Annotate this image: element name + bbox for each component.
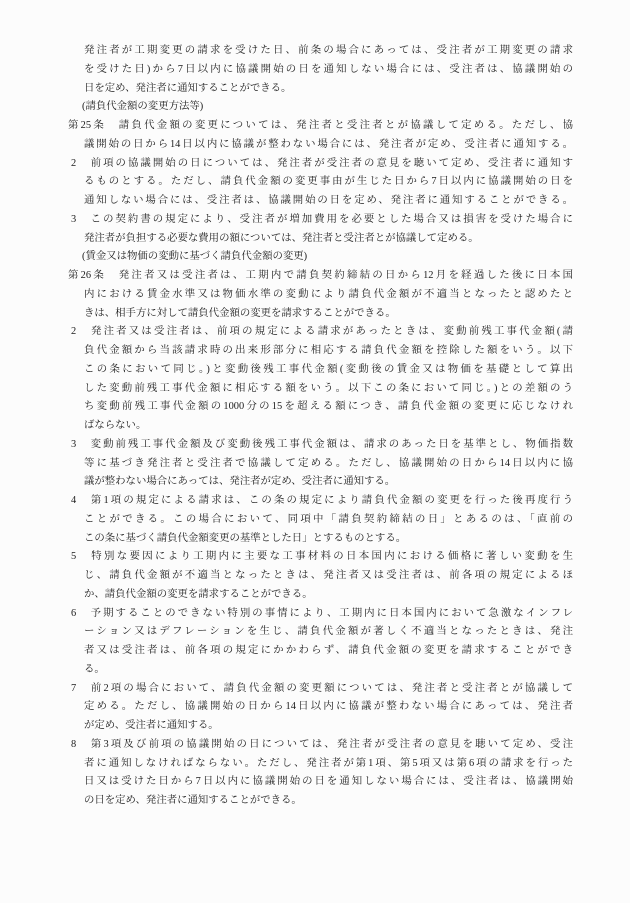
paragraph-continuation: 発注者が工期変更の請求を受けた日、前条の場合にあっては、受注者が工期変更の請求を…: [84, 42, 573, 98]
paragraph-item: 3 この契約書の規定により、受注者が増加費用を必要とした場合又は損害を受けた場合…: [84, 211, 573, 249]
paragraph-item: 5 特別な要因により工期内に主要な工事材料の日本国内における価格に著しい変動を生…: [84, 548, 573, 604]
paragraph-article: 第26条 発注者又は受注者は、工期内で請負契約締結の日から12月を経過した後に日…: [84, 267, 573, 323]
text-line: 内における賃金水準又は物価水準の変動により請負代金額が不適当となったと認めたと: [84, 286, 573, 305]
text-line: 日又は受けた日から7日以内に協議開始の日を通知しない場合には、受注者は、協議開始: [84, 773, 573, 792]
text-line: 3 変動前残工事代金額及び変動後残工事代金額は、請求のあった日を基準とし、物価指…: [71, 436, 573, 455]
text-line: ことができる。この場合において、同項中「請負契約締結の日」とあるのは、「直前の: [84, 511, 573, 530]
text-line: 負代金額から当該請求時の出来形部分に相応する請負代金額を控除した額をいう。以下: [84, 342, 573, 361]
paragraph-item: 7 前2項の場合において、請負代金額の変更額については、発注者と受注者とが協議し…: [84, 680, 573, 736]
text-line: 発注者が負担する必要な費用の額については、発注者と受注者とが協議して定める。: [84, 230, 573, 249]
text-line: ばならない。: [84, 417, 573, 436]
text-line: 日を定め、発注者に通知することができる。: [84, 80, 573, 99]
text-line: 議開始の日から14日以内に協議が整わない場合には、発注者が定め、受注者に通知する…: [84, 136, 573, 155]
text-line: 5 特別な要因により工期内に主要な工事材料の日本国内における価格に著しい変動を生: [71, 548, 573, 567]
text-line: 者又は受注者は、前各項の規定にかかわらず、請負代金額の変更を請求することができ: [84, 642, 573, 661]
text-line: か、請負代金額の変更を請求することができる。: [84, 586, 573, 605]
text-line: ち変動前残工事代金額の1000分の15を超える額につき、請負代金額の変更に応じな…: [84, 398, 573, 417]
text-line: 定める。ただし、協議開始の日から14日以内に協議が整わない場合にあっては、発注者: [84, 698, 573, 717]
paragraph-item: 2 前項の協議開始の日については、発注者が受注者の意見を聴いて定め、受注者に通知…: [84, 155, 573, 211]
text-line: 第26条 発注者又は受注者は、工期内で請負契約締結の日から12月を経過した後に日…: [68, 267, 573, 286]
text-line: ーション又はデフレーションを生じ、請負代金額が著しく不適当となったときは、発注: [84, 623, 573, 642]
text-line: 7 前2項の場合において、請負代金額の変更額については、発注者と受注者とが協議し…: [71, 680, 573, 699]
text-line: 者に通知しなければならない。ただし、発注者が第1項、第5項又は第6項の請求を行っ…: [84, 755, 573, 774]
paragraph-heading: (賃金又は物価の変動に基づく請負代金額の変更): [84, 248, 573, 267]
text-line: 第25条 請負代金額の変更については、発注者と受注者とが協議して定める。ただし、…: [68, 117, 573, 136]
text-line: この条に基づく請負代金額変更の基準とした日」とするものとする。: [84, 530, 573, 549]
paragraph-item: 6 予期することのできない特別の事情により、工期内に日本国内において急激なインフ…: [84, 605, 573, 680]
text-line: が定め、受注者に通知する。: [84, 717, 573, 736]
text-line: 議が整わない場合にあっては、発注者が定め、受注者に通知する。: [84, 473, 573, 492]
text-line: した変動前残工事代金額に相応する額をいう。以下この条において同じ。)との差額のう: [84, 380, 573, 399]
paragraph-article: 第25条 請負代金額の変更については、発注者と受注者とが協議して定める。ただし、…: [84, 117, 573, 155]
text-line: を受けた日)から7日以内に協議開始の日を通知しない場合には、受注者は、協議開始の: [84, 61, 573, 80]
text-line: この条において同じ。)と変動後残工事代金額(変動後の賃金又は物価を基礎として算出: [84, 361, 573, 380]
text-line: 発注者が工期変更の請求を受けた日、前条の場合にあっては、受注者が工期変更の請求: [84, 42, 573, 61]
text-line: 2 前項の協議開始の日については、発注者が受注者の意見を聴いて定め、受注者に通知…: [71, 155, 573, 174]
paragraph-item: 2 発注者又は受注者は、前項の規定による請求があったときは、変動前残工事代金額(…: [84, 323, 573, 436]
document-page: 発注者が工期変更の請求を受けた日、前条の場合にあっては、受注者が工期変更の請求を…: [0, 0, 630, 903]
text-line: 8 第3項及び前項の協議開始の日については、発注者が受注者の意見を聴いて定め、受…: [71, 736, 573, 755]
text-line: (賃金又は物価の変動に基づく請負代金額の変更): [82, 248, 573, 267]
text-line: じ、請負代金額が不適当となったときは、発注者又は受注者は、前各項の規定によるほ: [84, 567, 573, 586]
text-line: (請負代金額の変更方法等): [82, 98, 573, 117]
paragraph-item: 3 変動前残工事代金額及び変動後残工事代金額は、請求のあった日を基準とし、物価指…: [84, 436, 573, 492]
text-line: 2 発注者又は受注者は、前項の規定による請求があったときは、変動前残工事代金額(…: [71, 323, 573, 342]
document-body: 発注者が工期変更の請求を受けた日、前条の場合にあっては、受注者が工期変更の請求を…: [84, 42, 573, 811]
text-line: る。: [84, 661, 573, 680]
paragraph-heading: (請負代金額の変更方法等): [84, 98, 573, 117]
text-line: きは、相手方に対して請負代金額の変更を請求することができる。: [84, 305, 573, 324]
text-line: 6 予期することのできない特別の事情により、工期内に日本国内において急激なインフ…: [71, 605, 573, 624]
text-line: 4 第1項の規定による請求は、この条の規定により請負代金額の変更を行った後再度行…: [71, 492, 573, 511]
paragraph-item: 8 第3項及び前項の協議開始の日については、発注者が受注者の意見を聴いて定め、受…: [84, 736, 573, 811]
text-line: の日を定め、発注者に通知することができる。: [84, 792, 573, 811]
text-line: 3 この契約書の規定により、受注者が増加費用を必要とした場合又は損害を受けた場合…: [71, 211, 573, 230]
paragraph-item: 4 第1項の規定による請求は、この条の規定により請負代金額の変更を行った後再度行…: [84, 492, 573, 548]
text-line: 等に基づき発注者と受注者で協議して定める。ただし、協議開始の日から14日以内に協: [84, 455, 573, 474]
text-line: るものとする。ただし、請負代金額の変更事由が生じた日から7日以内に協議開始の日を: [84, 173, 573, 192]
text-line: 通知しない場合には、受注者は、協議開始の日を定め、発注者に通知することができる。: [84, 192, 573, 211]
